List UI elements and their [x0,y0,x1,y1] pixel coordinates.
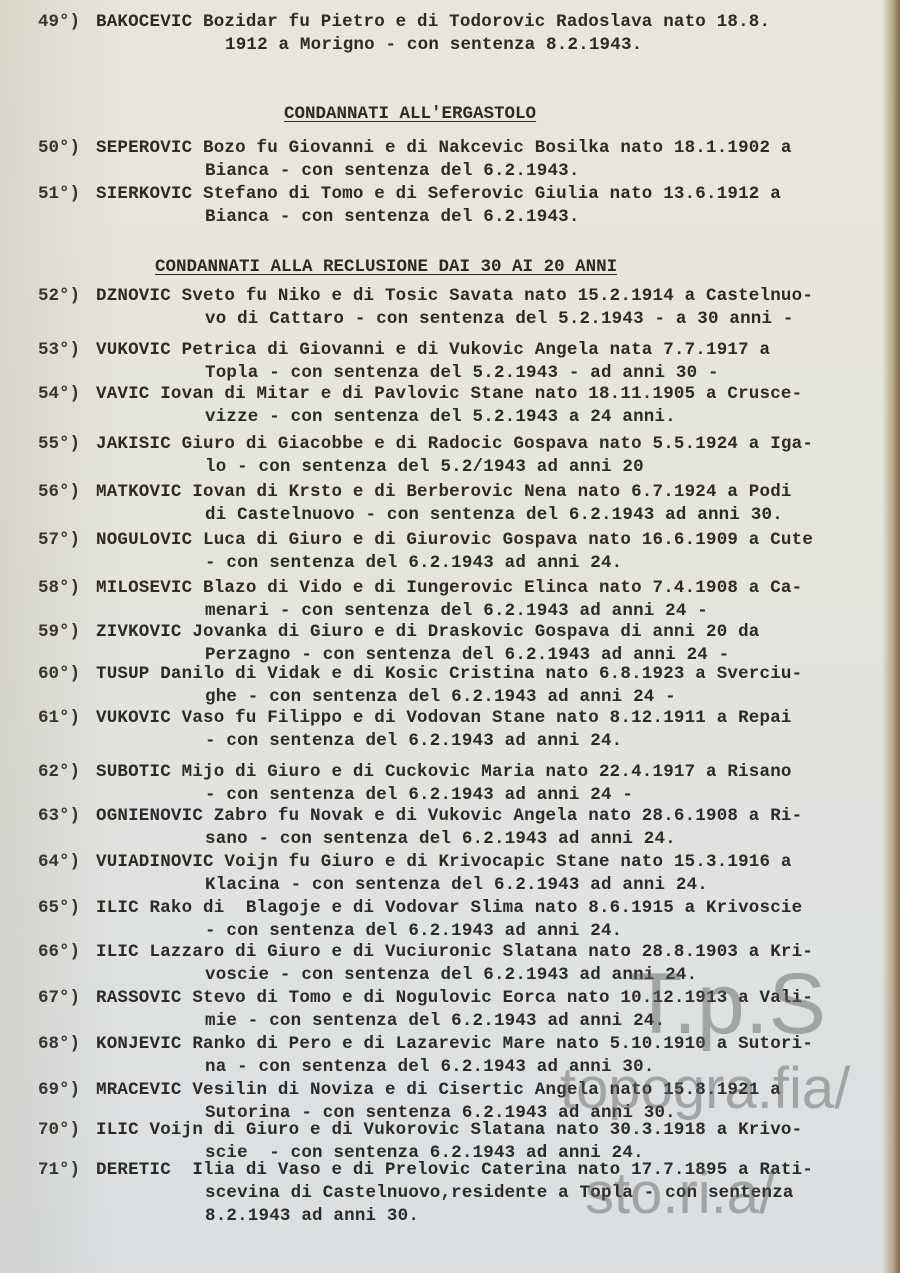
entry-line-2: Bianca - con sentenza del 6.2.1943. [205,161,580,181]
watermark-storia: sto.ri.a/ [585,1160,775,1227]
entry-line-1: MATKOVIC Iovan di Krsto e di Berberovic … [96,482,792,502]
entry-number: 69°) [38,1080,80,1100]
entry-line-1: JAKISIC Giuro di Giacobbe e di Radocic G… [96,434,813,454]
watermark-tps: T.p.S [630,955,826,1054]
entry-line-1: TUSUP Danilo di Vidak e di Kosic Cristin… [96,664,802,684]
entry-line-1: DZNOVIC Sveto fu Niko e di Tosic Savata … [96,286,813,306]
entry-number: 53°) [38,340,80,360]
entry-line-2: Perzagno - con sentenza del 6.2.1943 ad … [205,645,729,665]
entry-number: 68°) [38,1034,80,1054]
entry-line-1: VAVIC Iovan di Mitar e di Pavlovic Stane… [96,384,802,404]
entry-number: 64°) [38,852,80,872]
entry-line-3: 8.2.1943 ad anni 30. [205,1206,419,1226]
entry-line-2: Bianca - con sentenza del 6.2.1943. [205,207,580,227]
entry-line-1: VUIADINOVIC Voijn fu Giuro e di Krivocap… [96,852,792,872]
entry-number: 58°) [38,578,80,598]
entry-line-1: ILIC Rako di Blagoje e di Vodovar Slima … [96,898,802,918]
entry-number: 51°) [38,184,80,204]
entry-number: 59°) [38,622,80,642]
entry-number: 50°) [38,138,80,158]
entry-number: 55°) [38,434,80,454]
entry-number: 70°) [38,1120,80,1140]
entry-line-1: OGNIENOVIC Zabro fu Novak e di Vukovic A… [96,806,802,826]
entry-line-1: VUKOVIC Vaso fu Filippo e di Vodovan Sta… [96,708,792,728]
entry-line-2: 1912 a Morigno - con sentenza 8.2.1943. [225,35,642,55]
entry-line-2: - con sentenza del 6.2.1943 ad anni 24. [205,921,622,941]
entry-number: 52°) [38,286,80,306]
entry-number: 61°) [38,708,80,728]
entry-line-2: vo di Cattaro - con sentenza del 5.2.194… [205,309,794,329]
entry-number: 57°) [38,530,80,550]
entry-line-2: Klacina - con sentenza del 6.2.1943 ad a… [205,875,708,895]
entry-line-1: VUKOVIC Petrica di Giovanni e di Vukovic… [96,340,770,360]
entry-line-2: vizze - con sentenza del 5.2.1943 a 24 a… [205,407,676,427]
entry-line-1: SUBOTIC Mijo di Giuro e di Cuckovic Mari… [96,762,792,782]
paper-edge [882,0,900,1273]
entry-line-1: ZIVKOVIC Jovanka di Giuro e di Draskovic… [96,622,760,642]
entry-line-2: di Castelnuovo - con sentenza del 6.2.19… [205,505,783,525]
entry-line-1: MILOSEVIC Blazo di Vido e di Iungerovic … [96,578,802,598]
entry-line-1: SEPEROVIC Bozo fu Giovanni e di Nakcevic… [96,138,792,158]
entry-line-2: ghe - con sentenza del 6.2.1943 ad anni … [205,687,676,707]
entry-line-2: sano - con sentenza del 6.2.1943 ad anni… [205,829,676,849]
watermark-topografia: topogra.fia/ [560,1055,850,1122]
entry-number: 65°) [38,898,80,918]
entry-line-2: - con sentenza del 6.2.1943 ad anni 24. [205,731,622,751]
entry-line-2: - con sentenza del 6.2.1943 ad anni 24 - [205,785,633,805]
entry-number: 66°) [38,942,80,962]
entry-number: 62°) [38,762,80,782]
entry-line-1: BAKOCEVIC Bozidar fu Pietro e di Todorov… [96,12,770,32]
entry-number: 71°) [38,1160,80,1180]
entry-line-2: voscie - con sentenza del 6.2.1943 ad an… [205,965,697,985]
entry-line-1: SIERKOVIC Stefano di Tomo e di Seferovic… [96,184,781,204]
entry-number: 49°) [38,12,80,32]
entry-line-2: menari - con sentenza del 6.2.1943 ad an… [205,601,708,621]
entry-number: 63°) [38,806,80,826]
entry-line-2: lo - con sentenza del 5.2/1943 ad anni 2… [205,457,644,477]
entry-line-2: mie - con sentenza del 6.2.1943 ad anni … [205,1011,665,1031]
entry-line-1: NOGULOVIC Luca di Giuro e di Giurovic Go… [96,530,813,550]
entry-line-2: Topla - con sentenza del 5.2.1943 - ad a… [205,363,719,383]
entry-number: 60°) [38,664,80,684]
heading-ergastolo: CONDANNATI ALL'ERGASTOLO [284,104,536,124]
entry-line-1: ILIC Voijn di Giuro e di Vukorovic Slata… [96,1120,802,1140]
heading-reclusione: CONDANNATI ALLA RECLUSIONE DAI 30 AI 20 … [155,257,617,277]
entry-number: 56°) [38,482,80,502]
entry-line-2: - con sentenza del 6.2.1943 ad anni 24. [205,553,622,573]
entry-number: 54°) [38,384,80,404]
entry-number: 67°) [38,988,80,1008]
